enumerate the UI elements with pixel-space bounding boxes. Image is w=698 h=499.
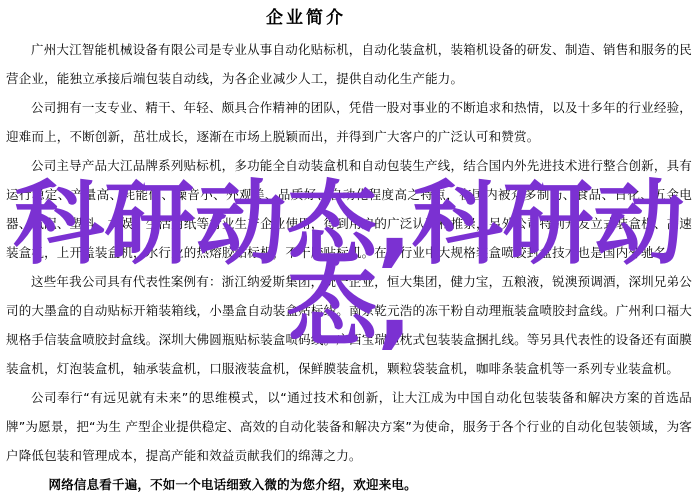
overlay-keyword-heading: 科研动态,科研动态, — [0, 184, 698, 348]
body-paragraph-company-overview: 广州大江智能机械设备有限公司是专业从事自动化贴标机，自动化装盒机，装箱机设备的研… — [6, 35, 692, 93]
company-intro-page: 企业简介 广州大江智能机械设备有限公司是专业从事自动化贴标机，自动化装盒机，装箱… — [0, 0, 698, 499]
body-paragraph-vision: 公司奉行“有远见就有未来”的思维模式，以“通过技术和创新，让大江成为中国自动化包… — [6, 383, 692, 470]
page-title: 企业简介 — [6, 4, 606, 33]
closing-line: 网络信息看千遍，不如一个电话细致入微的为您介绍，欢迎来电。 — [6, 470, 692, 499]
body-paragraph-team: 公司拥有一支专业、精干、年轻、颇具合作精神的团队，凭借一股对事业的不断追求和热情… — [6, 93, 692, 151]
